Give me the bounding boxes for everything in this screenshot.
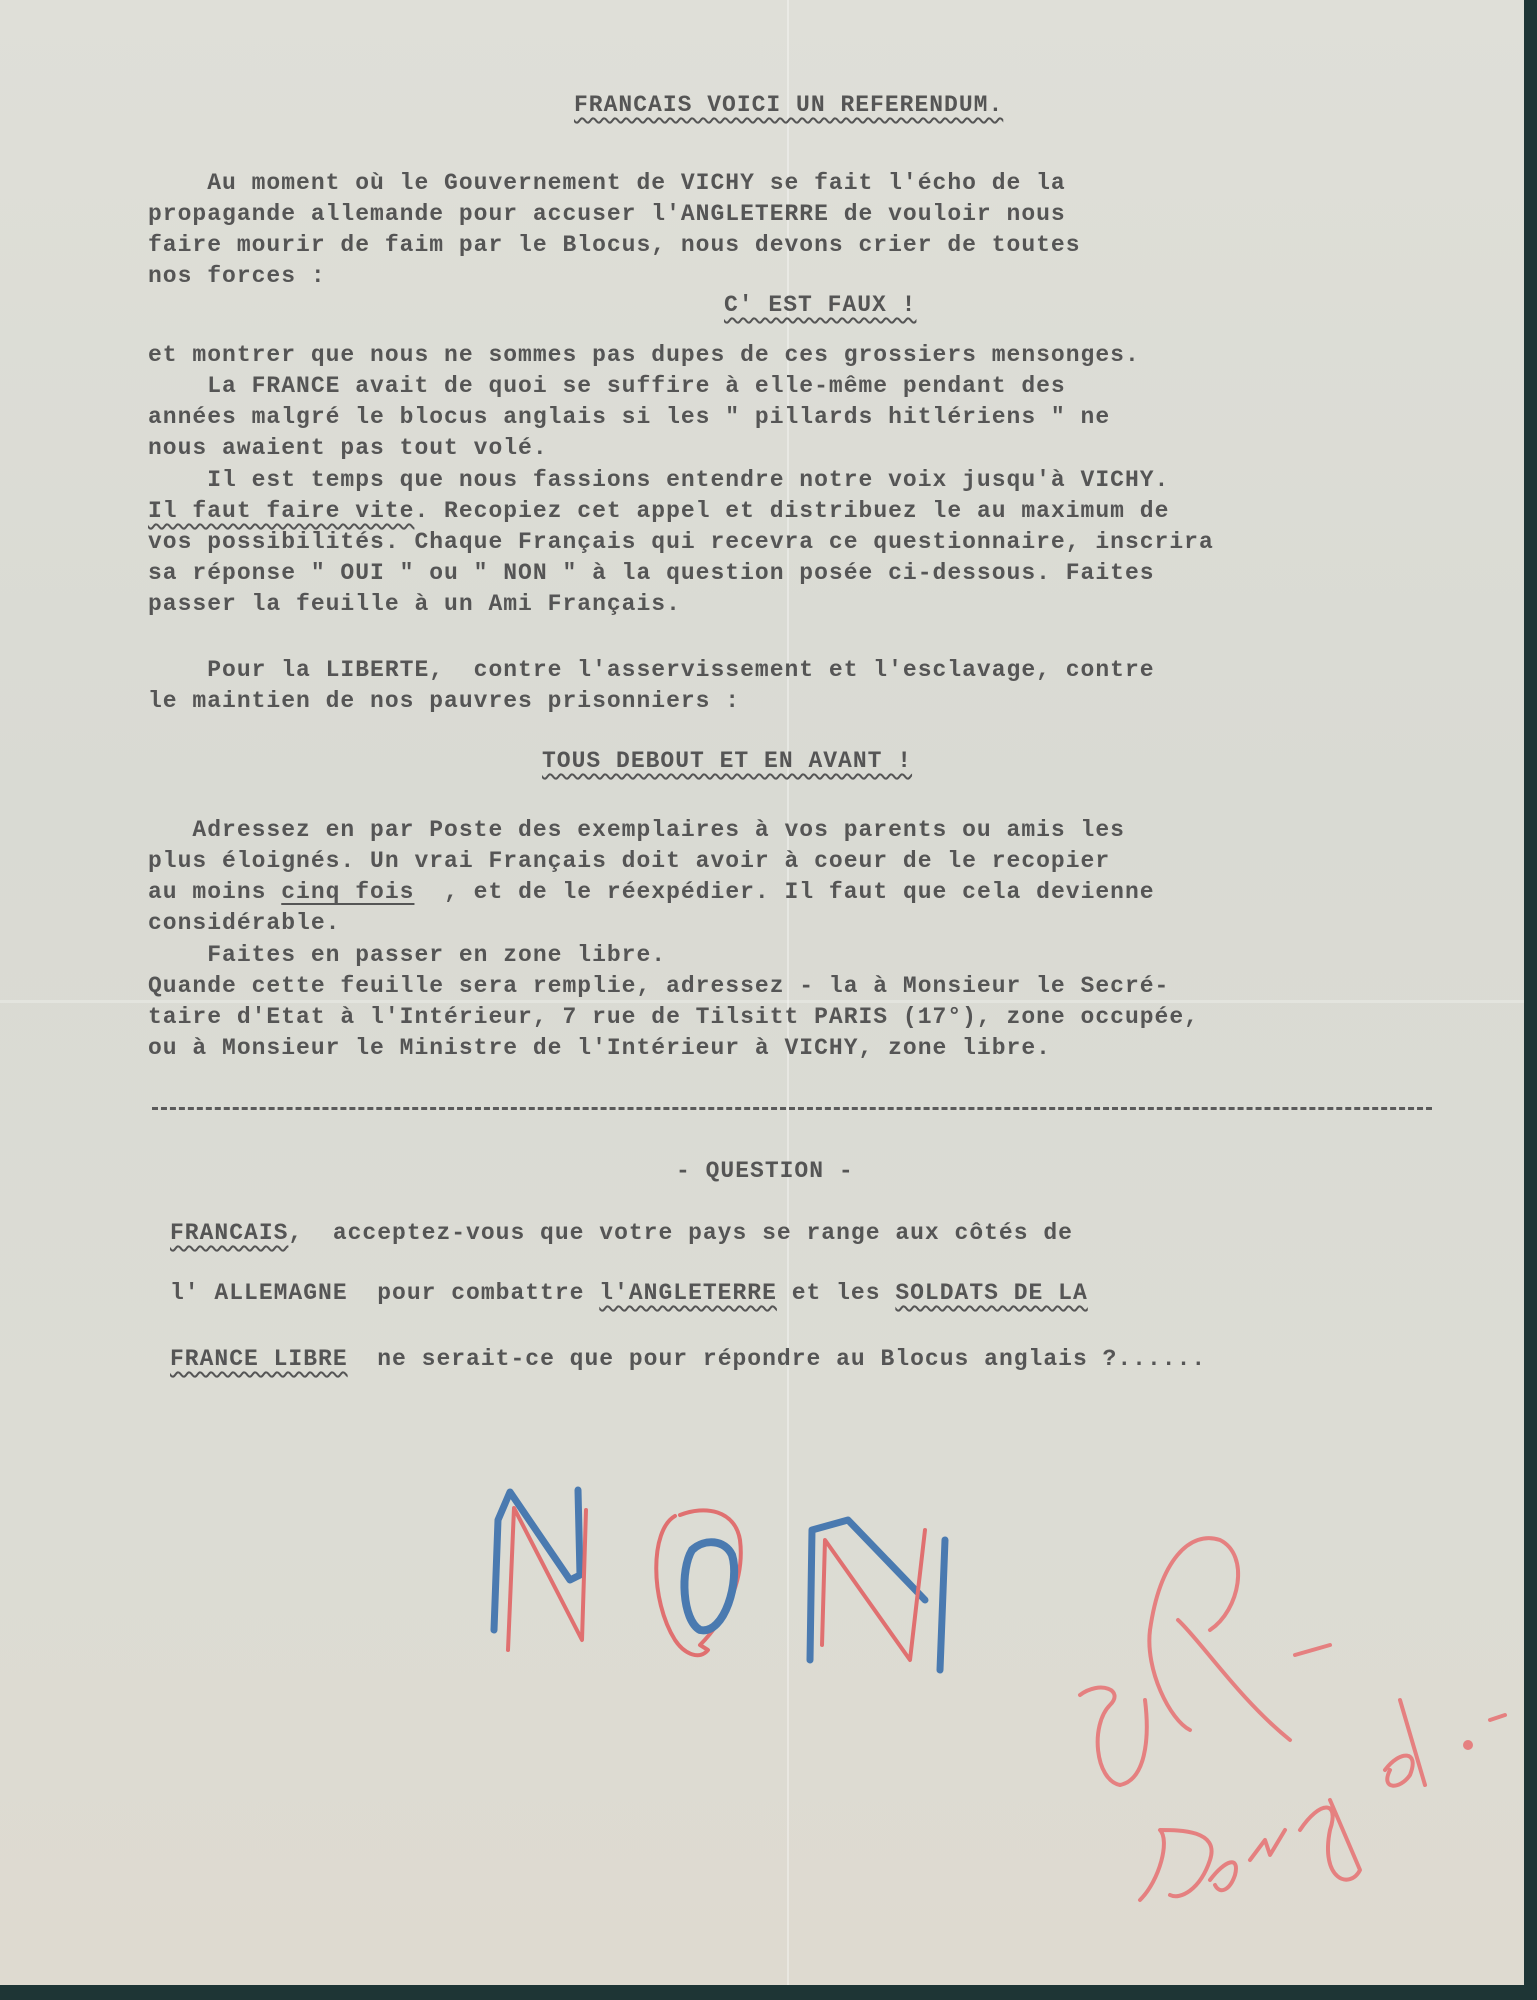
- emphasis-soldats: SOLDATS DE LA: [895, 1280, 1087, 1306]
- text-line: Il faut faire vite. Recopiez cet appel e…: [148, 496, 1169, 527]
- text-line: vos possibilités. Chaque Français qui re…: [148, 527, 1214, 558]
- question-heading: - QUESTION -: [676, 1156, 854, 1187]
- text-line: considérable.: [148, 908, 340, 939]
- text-line: Il est temps que nous fassions entendre …: [148, 465, 1169, 496]
- text-line: sa réponse " OUI " ou " NON " à la quest…: [148, 558, 1155, 589]
- text-line: plus éloignés. Un vrai Français doit avo…: [148, 846, 1110, 877]
- question-heading-text: - QUESTION -: [676, 1158, 854, 1184]
- text-line: Pour la LIBERTE, contre l'asservissement…: [148, 655, 1155, 686]
- handwritten-answer-non: [470, 1470, 970, 1710]
- exclamation-cest-faux: C' EST FAUX !: [724, 290, 916, 321]
- text-span: . Recopiez cet appel et distribuez le au…: [414, 498, 1169, 524]
- text-span: ne serait-ce que pour répondre au Blocus…: [348, 1346, 1207, 1372]
- handwritten-signature: [1050, 1500, 1510, 1920]
- text-line: Adressez en par Poste des exemplaires à …: [148, 815, 1125, 846]
- emphasis-cinq-fois: cinq fois: [281, 879, 414, 905]
- text-line: taire d'Etat à l'Intérieur, 7 rue de Til…: [148, 1002, 1199, 1033]
- exclamation-text: TOUS DEBOUT ET EN AVANT !: [542, 748, 912, 774]
- question-line-2: l' ALLEMAGNE pour combattre l'ANGLETERRE…: [170, 1278, 1088, 1309]
- text-line: Quande cette feuille sera remplie, adres…: [148, 971, 1169, 1002]
- text-line: le maintien de nos pauvres prisonniers :: [148, 686, 740, 717]
- text-line: propagande allemande pour accuser l'ANGL…: [148, 199, 1066, 230]
- emphasis-faire-vite: Il faut faire vite: [148, 498, 414, 524]
- text-span: au moins: [148, 879, 281, 905]
- text-line: nous awaient pas tout volé.: [148, 433, 548, 464]
- text-line: passer la feuille à un Ami Français.: [148, 589, 681, 620]
- text-line: La FRANCE avait de quoi se suffire à ell…: [148, 371, 1066, 402]
- exclamation-tous-debout: TOUS DEBOUT ET EN AVANT !: [542, 746, 912, 777]
- dashed-separator: [152, 1107, 1432, 1110]
- text-span: et les: [777, 1280, 895, 1306]
- paper-sheet: FRANCAIS VOICI UN REFERENDUM. Au moment …: [0, 0, 1524, 1985]
- emphasis-angleterre: l'ANGLETERRE: [599, 1280, 777, 1306]
- emphasis-francais: FRANCAIS: [170, 1220, 288, 1246]
- text-line: et montrer que nous ne sommes pas dupes …: [148, 340, 1140, 371]
- text-line: Au moment où le Gouvernement de VICHY se…: [148, 168, 1066, 199]
- text-span: , et de le réexpédier. Il faut que cela …: [414, 879, 1154, 905]
- text-line: ou à Monsieur le Ministre de l'Intérieur…: [148, 1033, 1051, 1064]
- text-line: Faites en passer en zone libre.: [148, 940, 666, 971]
- question-line-1: FRANCAIS, acceptez-vous que votre pays s…: [170, 1218, 1073, 1249]
- text-line: faire mourir de faim par le Blocus, nous…: [148, 230, 1081, 261]
- document-title: FRANCAIS VOICI UN REFERENDUM.: [574, 90, 1003, 121]
- text-line: au moins cinq fois , et de le réexpédier…: [148, 877, 1155, 908]
- emphasis-france-libre: FRANCE LIBRE: [170, 1346, 348, 1372]
- text-line: années malgré le blocus anglais si les "…: [148, 402, 1110, 433]
- exclamation-text: C' EST FAUX !: [724, 292, 916, 318]
- text-span: , acceptez-vous que votre pays se range …: [288, 1220, 1073, 1246]
- text-span: l' ALLEMAGNE pour combattre: [170, 1280, 599, 1306]
- question-line-3: FRANCE LIBRE ne serait-ce que pour répon…: [170, 1344, 1206, 1375]
- text-line: nos forces :: [148, 261, 326, 292]
